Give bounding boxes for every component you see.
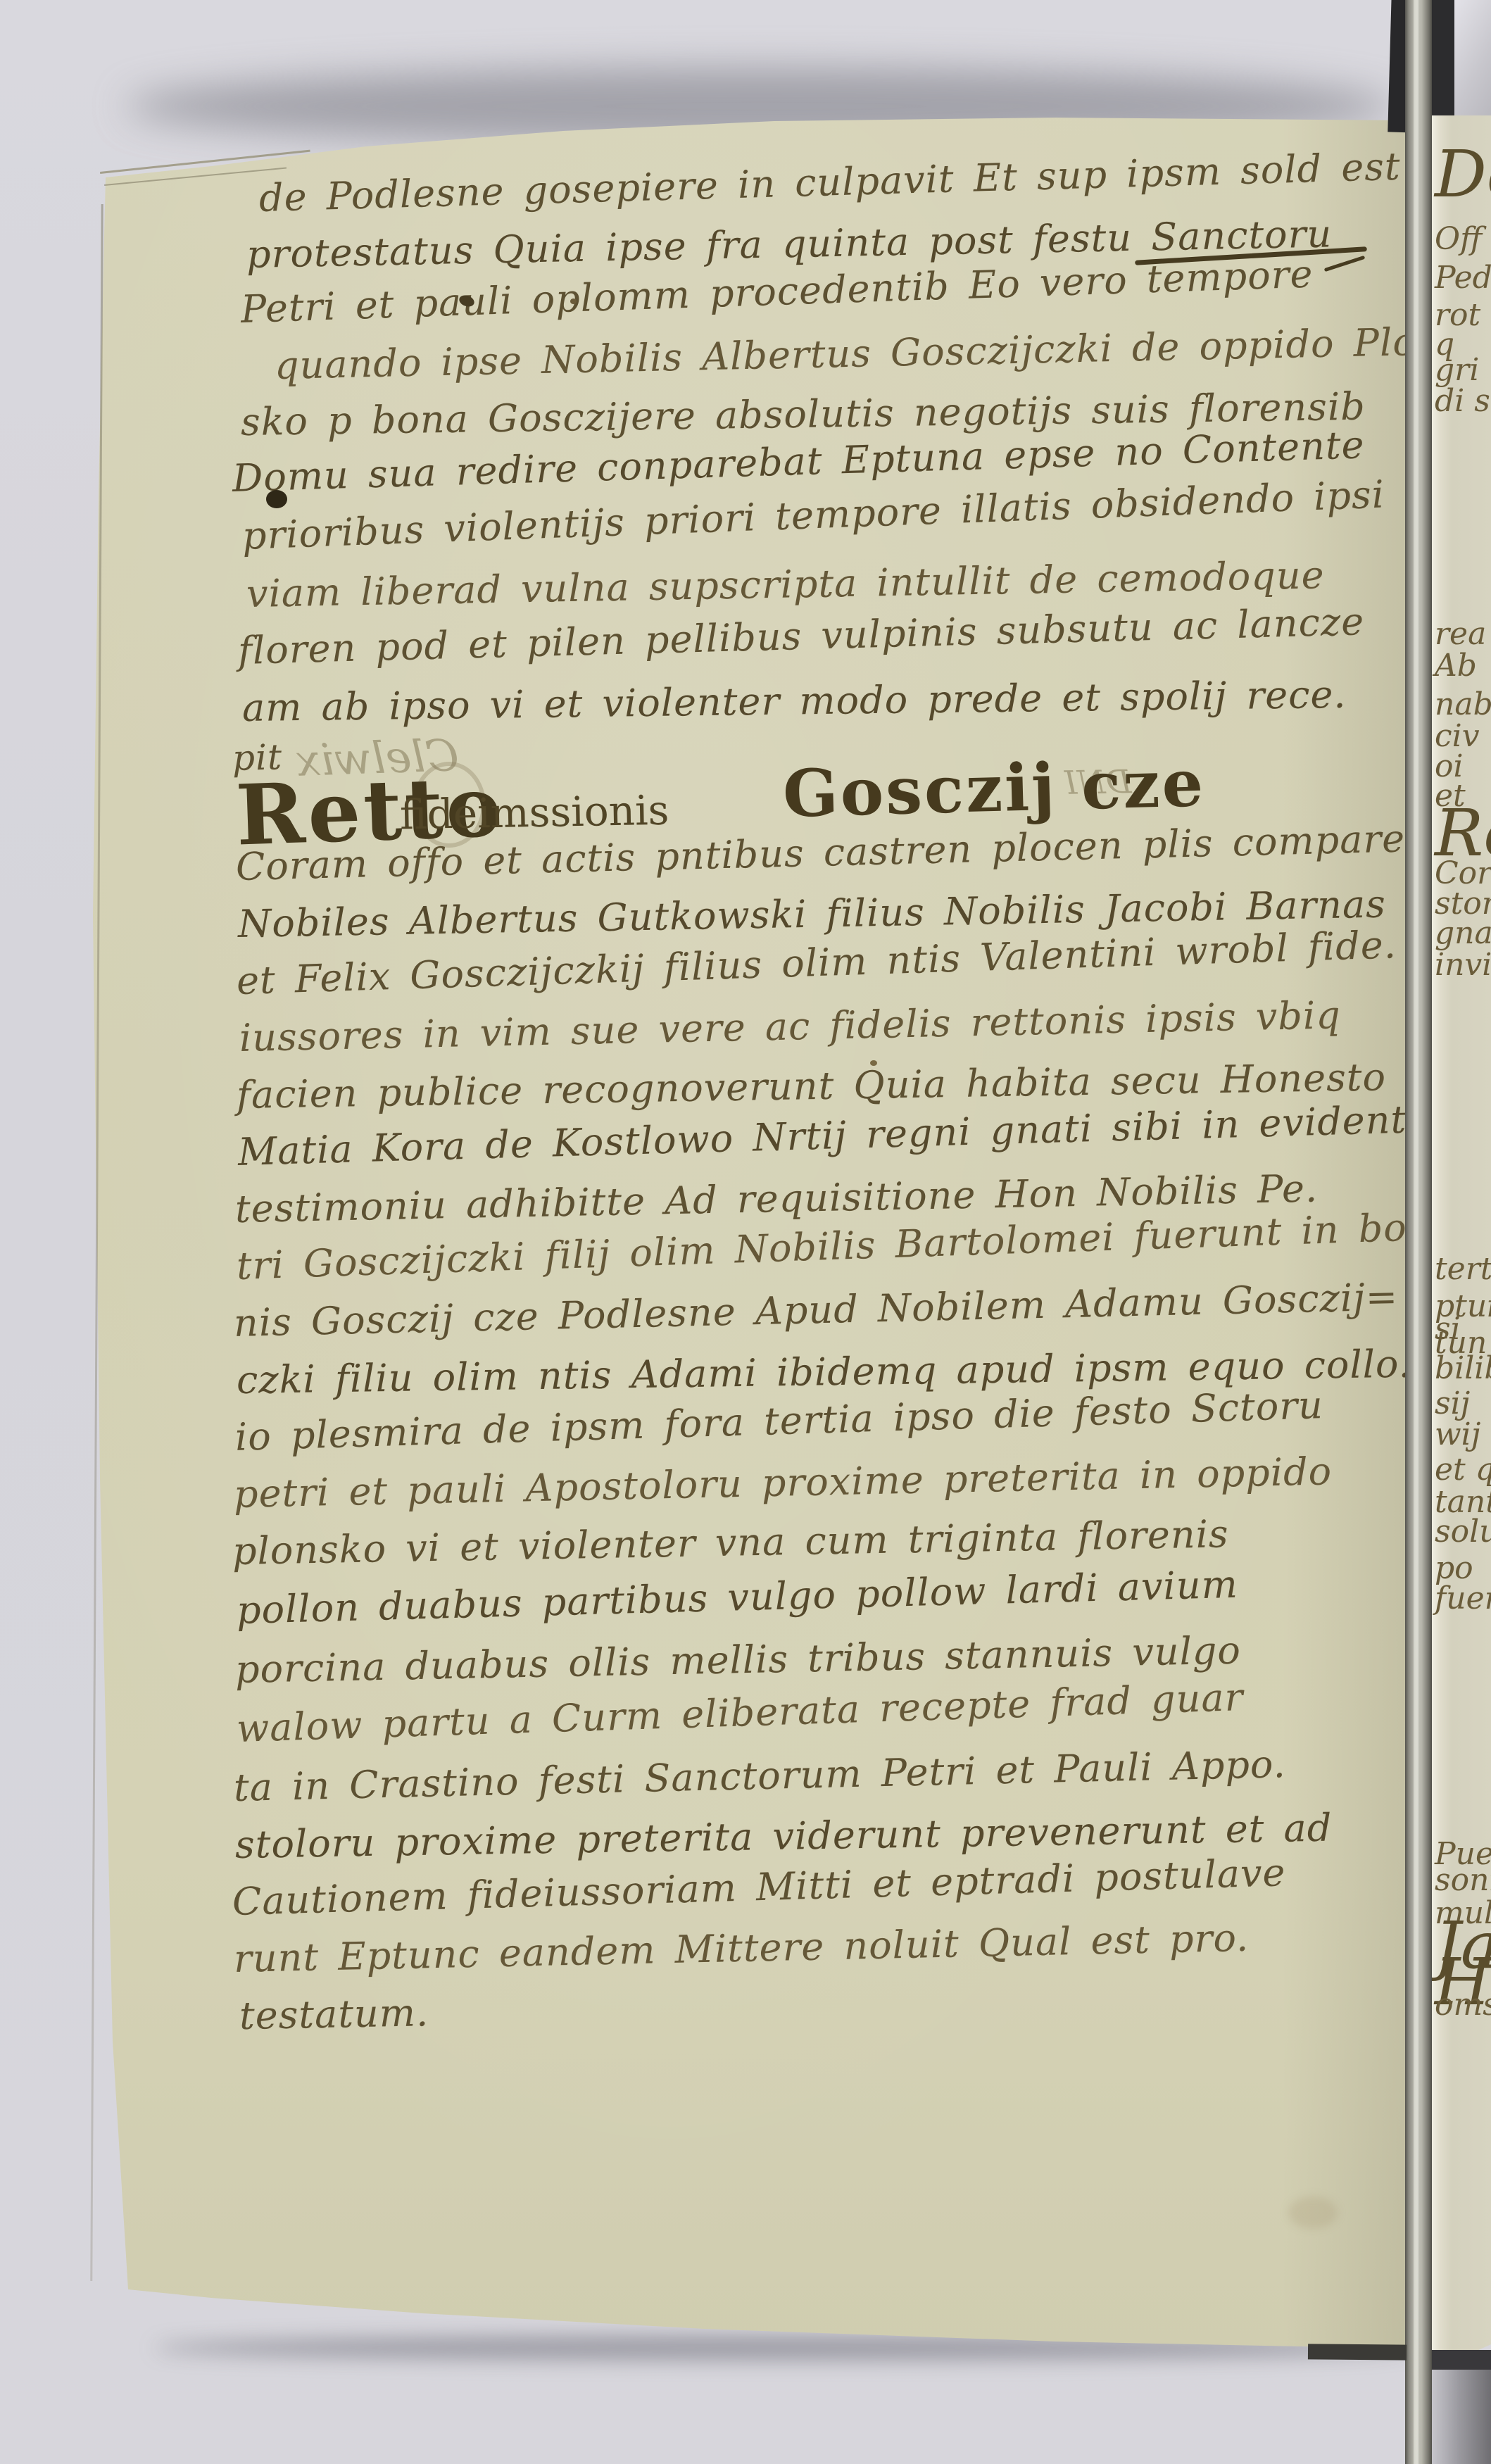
text-fragment: Ab [1435, 648, 1477, 684]
manuscript-right-page: De Off Ped rot q gri di s rea Ab nab civ… [1432, 115, 1491, 2371]
text-fragment: et q [1435, 1452, 1491, 1488]
cradle-dark-strip [1432, 2350, 1491, 2371]
ink-fleck [870, 1060, 877, 1066]
ink-blot [266, 490, 287, 508]
text-fragment: De [1435, 137, 1491, 212]
text-fragment: terti [1435, 1251, 1491, 1287]
text-fragment: bilib [1435, 1350, 1491, 1386]
text-fragment: rea [1435, 616, 1486, 652]
page-holder-rod [1405, 0, 1432, 2464]
entry-heading-word: Gosczij cze [782, 745, 1207, 832]
text-fragment: Ped [1435, 260, 1491, 296]
text-fragment: fuer [1435, 1580, 1491, 1616]
background-corner [1454, 0, 1491, 118]
cradle-base [1432, 2370, 1491, 2464]
text-fragment: solu [1435, 1514, 1491, 1550]
text-fragment: Off [1435, 221, 1482, 257]
text-fragment: invi [1435, 947, 1491, 983]
cradle-dark-strip [1308, 2344, 1407, 2360]
manuscript-line: testatum. [239, 1990, 429, 2038]
text-fragment: soni [1435, 1862, 1491, 1898]
manuscript-photo: de Podlesne gosepiere in culpavit Et sup… [0, 0, 1491, 2464]
ink-fleck [570, 298, 577, 304]
entry-heading-word: fideimssionis [399, 786, 669, 839]
text-fragment: oms [1435, 1987, 1491, 2023]
rod-highlight [1414, 0, 1418, 2464]
text-fragment: wij [1435, 1416, 1480, 1452]
text-fragment: nab [1435, 686, 1491, 722]
text-fragment: gna [1435, 915, 1491, 951]
text-fragment: di s [1435, 383, 1490, 419]
paper-stain [1288, 2196, 1338, 2229]
